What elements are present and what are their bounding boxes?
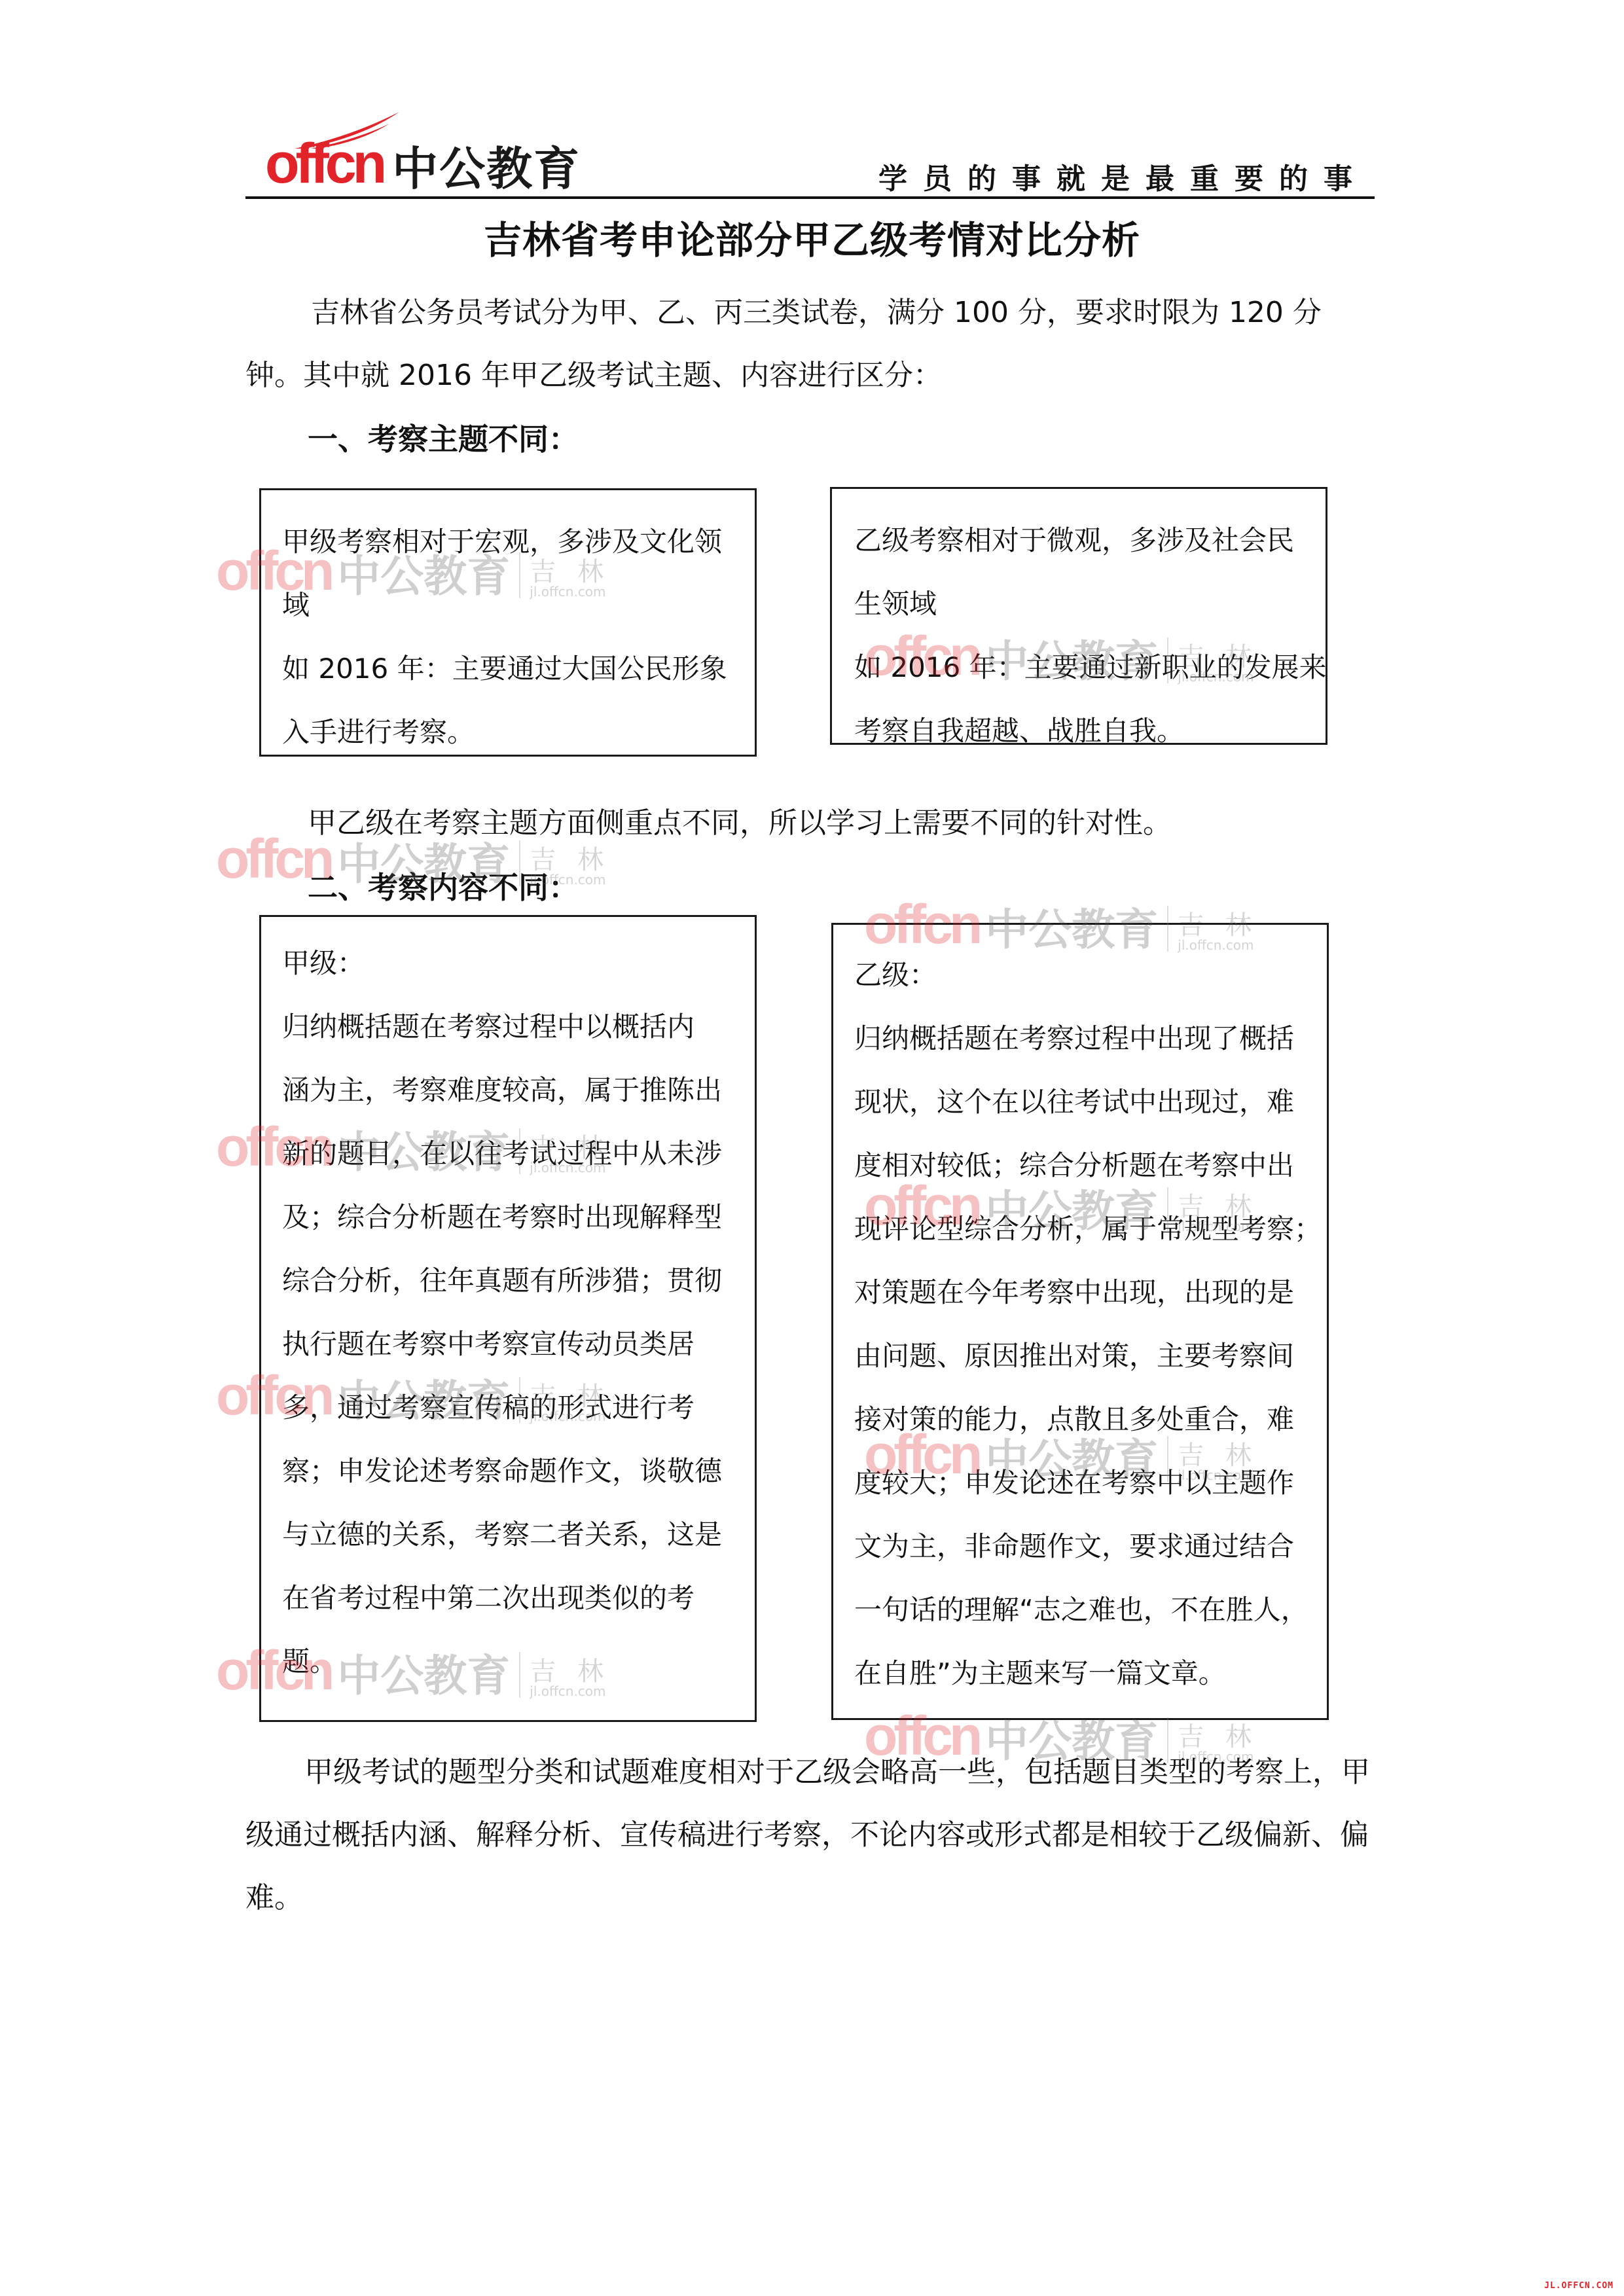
box-line: 考察自我超越、战胜自我。 [854, 699, 1306, 762]
page-header: offcn 中公教育 学员的事就是最重要的事 [245, 115, 1375, 200]
box-line: 新的题目，在以往考试过程中从未涉 [282, 1122, 735, 1185]
box-line: 多，通过考察宣传稿的形式进行考 [282, 1376, 735, 1439]
box-line: 由问题、原因推出对策，主要考察间 [854, 1324, 1307, 1388]
intro-paragraph: 吉林省公务员考试分为甲、乙、丙三类试卷，满分 100 分，要求时限为 120 分… [245, 281, 1375, 407]
document-title: 吉林省考申论部分甲乙级考情对比分析 [0, 209, 1624, 264]
section1-jia-box: 甲级考察相对于宏观，多涉及文化领 域 如 2016 年：主要通过大国公民形象 入… [259, 488, 757, 757]
box-line: 在自胜”为主题来写一篇文章。 [854, 1641, 1307, 1705]
box-line: 归纳概括题在考察过程中出现了概括 [854, 1007, 1307, 1070]
box-line: 域 [282, 573, 735, 637]
box-line: 归纳概括题在考察过程中以概括内 [282, 995, 735, 1058]
box-line: 甲级考察相对于宏观，多涉及文化领 [282, 510, 735, 573]
box-line: 综合分析，往年真题有所涉猎；贯彻 [282, 1249, 735, 1312]
box-line: 在省考过程中第二次出现类似的考 [282, 1566, 735, 1630]
box-line: 文为主，非命题作文，要求通过结合 [854, 1515, 1307, 1578]
box-line: 度相对较低；综合分析题在考察中出 [854, 1134, 1307, 1197]
section2-yi-box: 乙级： 归纳概括题在考察过程中出现了概括 现状，这个在以往考试中出现过，难 度相… [831, 923, 1329, 1720]
box-line: 执行题在考察中考察宣传动员类居 [282, 1312, 735, 1376]
box-line: 对策题在今年考察中出现，出现的是 [854, 1261, 1307, 1324]
conclusion-paragraph: 甲级考试的题型分类和试题难度相对于乙级会略高一些，包括题目类型的考察上，甲级通过… [245, 1741, 1375, 1929]
box-line: 及；综合分析题在考察时出现解释型 [282, 1185, 735, 1249]
footer-site-mark: JL.OFFCN.COM [1544, 2281, 1614, 2291]
section2-heading: 二、考察内容不同： [308, 864, 579, 907]
box-line: 乙级： [854, 943, 1307, 1007]
box-line: 入手进行考察。 [282, 700, 735, 764]
box-line: 甲级： [282, 931, 735, 995]
logo-wordmark: offcn [265, 135, 383, 192]
swoosh-icon [291, 111, 403, 150]
box-line: 察；申发论述考察命题作文，谈敬德 [282, 1439, 735, 1503]
box-line: 涵为主，考察难度较高，属于推陈出 [282, 1058, 735, 1122]
box-line: 与立德的关系，考察二者关系，这是 [282, 1503, 735, 1566]
offcn-logo: offcn 中公教育 [265, 126, 581, 192]
box-line: 生领域 [854, 572, 1306, 636]
box-line: 如 2016 年：主要通过新职业的发展来 [854, 636, 1306, 699]
section1-summary: 甲乙级在考察主题方面侧重点不同，所以学习上需要不同的针对性。 [308, 792, 1355, 855]
section2-jia-box: 甲级： 归纳概括题在考察过程中以概括内 涵为主，考察难度较高，属于推陈出 新的题… [259, 915, 757, 1722]
logo-cn-text: 中公教育 [392, 146, 581, 192]
section1-yi-box: 乙级考察相对于微观，多涉及社会民 生领域 如 2016 年：主要通过新职业的发展… [830, 487, 1327, 745]
box-line: 接对策的能力，点散且多处重合，难 [854, 1388, 1307, 1451]
box-line: 一句话的理解“志之难也，不在胜人， [854, 1578, 1307, 1641]
header-divider [245, 196, 1375, 199]
slogan: 学员的事就是最重要的事 [878, 155, 1368, 197]
box-line: 现状，这个在以往考试中出现过，难 [854, 1070, 1307, 1134]
section1-heading: 一、考察主题不同： [308, 416, 579, 459]
box-line: 如 2016 年：主要通过大国公民形象 [282, 637, 735, 700]
box-line: 题。 [282, 1630, 735, 1693]
box-line: 度较大；申发论述在考察中以主题作 [854, 1451, 1307, 1515]
box-line: 现评论型综合分析，属于常规型考察； [854, 1197, 1307, 1261]
box-line: 乙级考察相对于微观，多涉及社会民 [854, 509, 1306, 572]
